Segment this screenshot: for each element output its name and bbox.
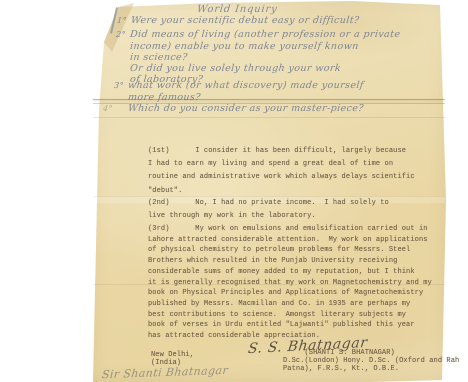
question-4-text: Which do you consider as your master-pie… <box>127 103 364 114</box>
question-3-text-line2: more famous? <box>127 92 201 103</box>
question-2-text-line4: Or did you live solely through your work <box>129 63 341 74</box>
signer-name-block: (SHANTI S. BHATNAGAR) D.Sc.(London) Hony… <box>283 350 459 373</box>
typed-answer-1: (1st) I consider it has been difficult, … <box>148 145 415 198</box>
question-2-text-line1: Did means of living (another profession … <box>129 29 401 40</box>
handwritten-title: World Inquiry <box>196 4 278 15</box>
crease-line <box>93 99 445 100</box>
question-3-number: 3° <box>114 81 125 90</box>
scanned-letter-page: World Inquiry 1° Were your scientific de… <box>0 0 468 382</box>
crease-line <box>93 117 445 118</box>
question-1-number: 1° <box>117 16 128 25</box>
question-2-number: 2° <box>116 30 127 39</box>
question-1-text: Were your scientific debut easy or diffi… <box>130 15 360 26</box>
question-2-text-line2: income) enable you to make yourself know… <box>129 41 359 52</box>
question-3-text-line1: what work (or what discovery) made yours… <box>127 80 364 91</box>
crease-line <box>93 103 445 104</box>
typed-answer-3: (3rd) My work on emulsions and emulsific… <box>148 224 432 342</box>
typed-answer-2: (2nd) No, I had no private income. I had… <box>148 197 389 223</box>
question-4-number: 4° <box>103 104 114 113</box>
question-2-text-line3: in science? <box>129 52 188 63</box>
